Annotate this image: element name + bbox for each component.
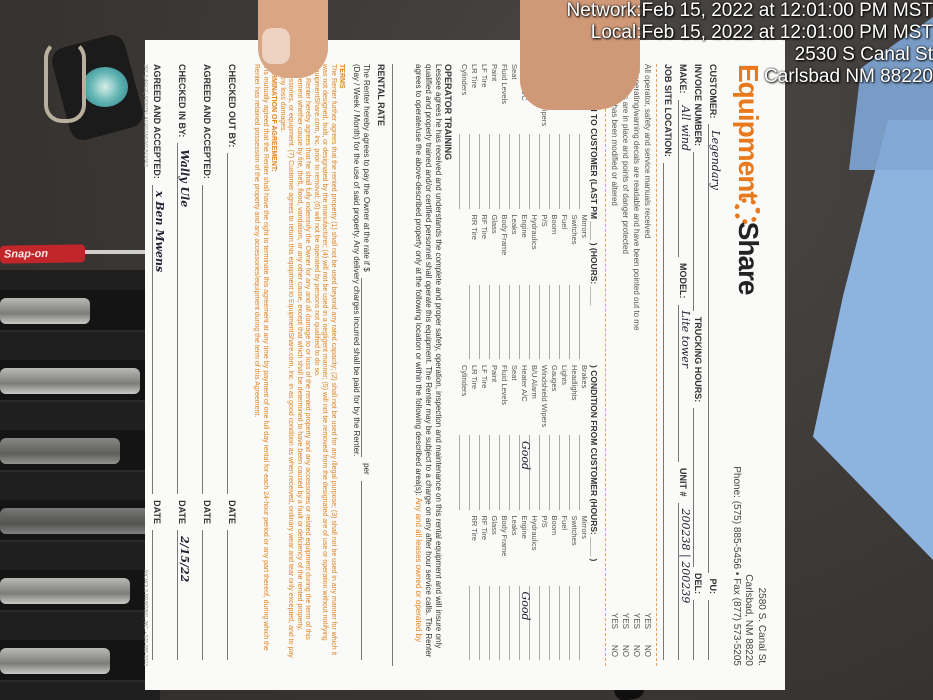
socket-tool: [0, 298, 90, 324]
condition-checklists: BrakesHeadlightsLightsGaugesWindshield W…: [460, 64, 590, 666]
condition-item[interactable]: Boom: [550, 516, 560, 667]
date-field[interactable]: [227, 530, 244, 660]
location-street: 2530 S Canal St: [567, 44, 933, 66]
condition-line[interactable]: [570, 134, 580, 209]
condition-line[interactable]: [500, 586, 510, 661]
condition-line[interactable]: [460, 134, 470, 209]
condition-line[interactable]: [510, 285, 520, 360]
condition-line[interactable]: [470, 586, 480, 661]
condition-line[interactable]: [540, 435, 550, 510]
no-option[interactable]: NO: [632, 636, 643, 666]
condition-item[interactable]: RR Tire: [470, 215, 480, 366]
rental-agreement-photo: EquipmentShare 2580 S. Canal St. Carlsba…: [135, 40, 795, 690]
condition-line[interactable]: [500, 134, 510, 209]
customer-field[interactable]: Legendary: [709, 124, 724, 572]
condition-item[interactable]: Seat: [510, 365, 520, 516]
condition-line[interactable]: [580, 134, 590, 209]
screwdriver-handle: Snap-on: [0, 244, 85, 263]
condition-line[interactable]: [550, 134, 560, 209]
condition-item[interactable]: Hydraulics: [530, 516, 540, 667]
condition-item[interactable]: Cylinders: [460, 365, 470, 516]
condition-item[interactable]: Windshield Wipers: [540, 365, 550, 516]
rate-amount-field[interactable]: [362, 278, 377, 457]
condition-item[interactable]: Gauges: [550, 365, 560, 516]
delivery-field[interactable]: [694, 600, 709, 660]
condition-item[interactable]: Glass: [490, 215, 500, 366]
equipmentshare-logo: EquipmentShare: [732, 64, 764, 295]
condition-line[interactable]: [460, 435, 470, 510]
yes-option[interactable]: YES: [610, 606, 621, 636]
condition-item[interactable]: Switches: [570, 215, 580, 366]
signature-row: AGREED AND ACCEPTED:DATE: [202, 64, 219, 666]
yes-option[interactable]: YES: [632, 606, 643, 636]
condition-item[interactable]: LF Tire: [480, 365, 490, 516]
condition-item[interactable]: Headlights: [570, 365, 580, 516]
condition-line[interactable]: [560, 586, 570, 661]
condition-line[interactable]: [540, 586, 550, 661]
condition-item[interactable]: Mirrors: [580, 516, 590, 667]
condition-line[interactable]: [500, 285, 510, 360]
job-site-location-field[interactable]: [664, 163, 679, 660]
rental-rate-title: RENTAL RATE: [377, 64, 387, 666]
condition-item[interactable]: Cylinders: [460, 64, 470, 215]
operating-area-field[interactable]: [393, 64, 408, 666]
condition-item[interactable]: Switches: [570, 516, 580, 667]
condition-line[interactable]: [480, 285, 490, 360]
condition-from-customer-col1: BrakesHeadlightsLightsGaugesWindshield W…: [460, 365, 590, 516]
signature-field[interactable]: [202, 185, 219, 494]
condition-line[interactable]: [580, 586, 590, 661]
condition-line[interactable]: [560, 285, 570, 360]
condition-line[interactable]: [490, 435, 500, 510]
condition-line[interactable]: [520, 285, 530, 360]
condition-item[interactable]: Paint: [490, 365, 500, 516]
socket-tool: [0, 438, 120, 464]
condition-item[interactable]: RF Tire: [480, 215, 490, 366]
condition-line[interactable]: [580, 285, 590, 360]
condition-item[interactable]: Fluid Levels: [500, 64, 510, 215]
signature-field[interactable]: x Ben Mwens: [152, 185, 169, 494]
location-city: Carlsbad NM 88220: [567, 66, 933, 88]
no-option[interactable]: NO: [610, 636, 621, 666]
condition-line[interactable]: [520, 134, 530, 209]
gear-icon: [734, 198, 760, 224]
condition-item[interactable]: Heater A/CGood: [520, 365, 530, 516]
condition-item[interactable]: Lights: [560, 365, 570, 516]
condition-line[interactable]: [540, 134, 550, 209]
condition-line[interactable]: [550, 435, 560, 510]
terms-section: TERMS The Renter further agrees that the…: [252, 64, 346, 666]
handwritten-note: Good: [521, 441, 531, 470]
condition-line[interactable]: [470, 285, 480, 360]
condition-to-customer-col2: MirrorsSwitchesFuelBoomP/SHydraulicsEngi…: [460, 215, 590, 366]
condition-item[interactable]: Body Frame: [500, 215, 510, 366]
signature-section: CHECKED OUT BY:DATEAGREED AND ACCEPTED:D…: [152, 64, 244, 666]
condition-line[interactable]: [580, 435, 590, 510]
rental-agreement-form: EquipmentShare 2580 S. Canal St. Carlsba…: [145, 40, 785, 690]
network-time: Network:Feb 15, 2022 at 12:01:00 PM MST: [567, 0, 933, 22]
model-field[interactable]: Lite tower: [679, 305, 694, 463]
condition-line[interactable]: [480, 134, 490, 209]
extension-bar: [0, 368, 140, 394]
extension-bar: [0, 508, 150, 534]
condition-line[interactable]: [480, 586, 490, 661]
local-time: Local:Feb 15, 2022 at 12:01:00 PM MST: [567, 22, 933, 44]
yes-option[interactable]: YES: [621, 606, 632, 636]
condition-item[interactable]: Paint: [490, 64, 500, 215]
signature-field[interactable]: Wally Ule: [177, 143, 194, 494]
keychain-disc: [82, 67, 128, 107]
condition-line[interactable]: [530, 134, 540, 209]
condition-item[interactable]: Leaks: [510, 215, 520, 366]
condition-item[interactable]: EngineGood: [520, 516, 530, 667]
operator-training-text: Lessee agrees he has received and unders…: [414, 64, 444, 666]
condition-item[interactable]: P/S: [540, 516, 550, 667]
rental-rate-text: (Day / Week / Month) for the use of said…: [352, 64, 362, 666]
condition-line[interactable]: Good: [520, 586, 530, 661]
trucking-hours-field[interactable]: [694, 408, 709, 567]
condition-line[interactable]: [550, 586, 560, 661]
signature-row: AGREED AND ACCEPTED:x Ben MwensDATE: [152, 64, 169, 666]
no-option[interactable]: NO: [643, 636, 654, 666]
condition-item[interactable]: RF Tire: [480, 516, 490, 667]
condition-item[interactable]: LF Tire: [480, 64, 490, 215]
signature-row: CHECKED OUT BY:DATE: [227, 64, 244, 666]
condition-line[interactable]: [480, 435, 490, 510]
condition-line[interactable]: [490, 285, 500, 360]
condition-line[interactable]: [560, 134, 570, 209]
condition-item[interactable]: Fluid Levels: [500, 365, 510, 516]
no-option[interactable]: NO: [621, 636, 632, 666]
condition-line[interactable]: [550, 285, 560, 360]
condition-item[interactable]: Engine: [520, 215, 530, 366]
condition-line[interactable]: [540, 285, 550, 360]
condition-item[interactable]: Body Frame: [500, 516, 510, 667]
invoice-number-field[interactable]: [694, 152, 709, 311]
condition-line[interactable]: [570, 285, 580, 360]
pickup-field[interactable]: [709, 600, 724, 660]
condition-item[interactable]: Boom: [550, 215, 560, 366]
condition-item[interactable]: Seat: [510, 64, 520, 215]
condition-line[interactable]: [490, 134, 500, 209]
condition-line[interactable]: Good: [520, 435, 530, 510]
condition-item[interactable]: P/S: [540, 215, 550, 366]
condition-line[interactable]: [490, 586, 500, 661]
condition-item[interactable]: Glass: [490, 516, 500, 667]
condition-item[interactable]: LR Tire: [470, 64, 480, 215]
operator-training-title: OPERATOR TRAINING: [444, 64, 454, 666]
safety-checklist: All operator, safety and service manuals…: [606, 64, 658, 666]
condition-line[interactable]: [570, 586, 580, 661]
condition-line[interactable]: [570, 435, 580, 510]
condition-line[interactable]: [530, 285, 540, 360]
condition-item[interactable]: Brakes: [580, 365, 590, 516]
condition-line[interactable]: [560, 435, 570, 510]
condition-line[interactable]: [500, 435, 510, 510]
make-field[interactable]: All wind: [679, 100, 694, 258]
rate-period-field[interactable]: [362, 481, 377, 660]
signature-field[interactable]: [227, 153, 244, 494]
handwritten-note: Good: [521, 592, 531, 621]
condition-header: CONDITION TO CUSTOMER (LAST PM ____ ) (H…: [590, 64, 600, 666]
condition-line[interactable]: [510, 586, 520, 661]
condition-item[interactable]: Mirrors: [580, 215, 590, 366]
yes-option[interactable]: YES: [643, 606, 654, 636]
condition-line[interactable]: [510, 134, 520, 209]
company-address: 2580 S. Canal St. Carlsbad, NM 88220 Pho…: [730, 466, 768, 666]
fingernail: [262, 28, 290, 64]
extension-bar: [0, 648, 110, 674]
condition-from-customer-col2: MirrorsSwitchesFuelBoomP/SHydraulicsEngi…: [460, 516, 590, 667]
unit-number-field[interactable]: 200238 | 200239: [679, 503, 694, 661]
signature-row: CHECKED IN BY:Wally UleDATE2/15/22: [177, 64, 194, 666]
condition-item[interactable]: Fuel: [560, 516, 570, 667]
condition-line[interactable]: [470, 435, 480, 510]
carabiner-clip: [44, 40, 86, 123]
socket-tool: [0, 578, 130, 604]
condition-item[interactable]: Leaks: [510, 516, 520, 667]
condition-item[interactable]: LR Tire: [470, 365, 480, 516]
condition-line[interactable]: [510, 435, 520, 510]
date-field[interactable]: [202, 530, 219, 660]
date-field[interactable]: 2/15/22: [177, 530, 194, 660]
date-field[interactable]: [152, 530, 169, 660]
condition-line[interactable]: [470, 134, 480, 209]
condition-item[interactable]: RR Tire: [470, 516, 480, 667]
condition-item[interactable]: Hydraulics: [530, 215, 540, 366]
condition-item[interactable]: Fuel: [560, 215, 570, 366]
timestamp-overlay: Network:Feb 15, 2022 at 12:01:00 PM MST …: [567, 0, 933, 88]
